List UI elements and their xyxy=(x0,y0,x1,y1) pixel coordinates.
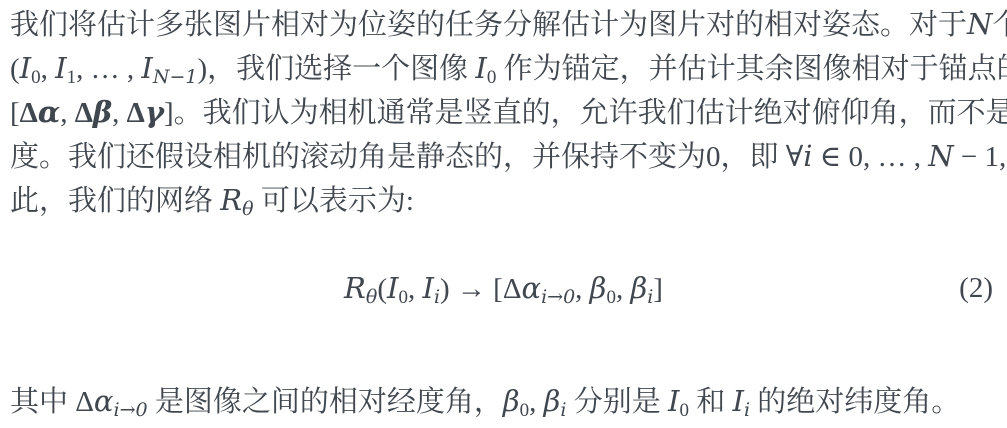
text-segment: ] xyxy=(653,273,663,305)
math-segment: 0 xyxy=(398,287,408,308)
text-segment: Δ xyxy=(75,97,93,129)
math-segment: I xyxy=(55,51,66,85)
text-segment: 此，我们的网络 xyxy=(10,185,220,217)
math-segment: I xyxy=(475,51,486,85)
text-segment: , xyxy=(616,273,631,305)
text-segment: 其中 Δ xyxy=(10,386,94,418)
text-segment: ) → [Δ xyxy=(440,273,521,305)
text-line: [Δα, Δβ, Δγ]。我们认为相机通常是竖直的，允许我们估计绝对俯仰角，而不… xyxy=(10,90,999,134)
math-segment: 0 xyxy=(679,400,689,421)
text-segment: , xyxy=(60,97,75,129)
text-line: 度。我们还假设相机的滚动角是静态的，并保持不变为0，即 ∀i ∈ 0, … , … xyxy=(10,134,999,178)
text-segment: 个NFoV图像 xyxy=(992,9,1007,41)
math-segment: N−1 xyxy=(153,66,198,88)
text-segment: , xyxy=(41,53,56,85)
text-segment: Δ xyxy=(20,97,38,129)
text-line: 其中 Δαi→0 是图像之间的相对经度角，β0, βi 分别是 I0 和 Ii … xyxy=(10,379,999,423)
text-segment: ( xyxy=(10,53,20,85)
text-segment: 的绝对纬度角。 xyxy=(750,386,960,418)
text-segment: , … , xyxy=(76,53,141,85)
math-segment: 0 xyxy=(520,400,530,421)
math-segment: α xyxy=(94,384,114,418)
equation-number: (2) xyxy=(959,266,993,310)
text-segment: 我们将估计多张图片相对为位姿的任务分解估计为图片对的相对姿态。对于 xyxy=(10,9,967,41)
text-segment: 可以表示为: xyxy=(254,185,414,217)
text-segment: ∈ 0, … , xyxy=(813,141,929,173)
math-segment: α xyxy=(38,95,60,129)
math-segment: N xyxy=(928,139,953,173)
math-segment: I xyxy=(387,271,398,305)
math-segment: 0 xyxy=(487,67,497,88)
math-segment: R xyxy=(344,271,366,305)
text-segment: Δ xyxy=(127,97,145,129)
equation-block: Rθ(I0, Ii) → [Δαi→0, β0, βi] (2) xyxy=(10,266,997,310)
math-segment: 1 xyxy=(67,67,77,88)
math-segment: I xyxy=(20,51,31,85)
math-segment: N xyxy=(967,7,992,41)
text-segment: 度。我们还假设相机的滚动角是静态的，并保持不变为0，即 ∀ xyxy=(10,141,803,173)
text-segment: 作为锚定，并估计其余图像相对于锚点的相对姿态 xyxy=(496,53,1007,85)
text-segment: [ xyxy=(10,97,20,129)
math-segment: β xyxy=(544,384,561,418)
math-segment: β xyxy=(630,271,647,305)
text-line: (I0, I1, … , IN−1)，我们选择一个图像 I0 作为锚定，并估计其… xyxy=(10,46,999,90)
text-segment: − 1, xyxy=(954,141,1007,173)
math-segment: I xyxy=(141,51,152,85)
text-segment: 和 xyxy=(689,386,733,418)
text-line: 我们将估计多张图片相对为位姿的任务分解估计为图片对的相对姿态。对于N个NFoV图… xyxy=(10,2,999,46)
text-segment: , xyxy=(112,97,127,129)
text-segment: ]。我们认为相机通常是竖直的，允许我们估计绝对俯仰角，而不是相对角 xyxy=(164,97,1007,129)
math-segment: γ xyxy=(145,95,164,129)
math-segment: i→0 xyxy=(114,399,148,421)
math-segment: β xyxy=(503,384,520,418)
document-page: 我们将估计多张图片相对为位姿的任务分解估计为图片对的相对姿态。对于N个NFoV图… xyxy=(0,0,1007,428)
text-segment: , xyxy=(408,273,423,305)
text-segment: ( xyxy=(377,273,387,305)
text-line: 此，我们的网络 Rθ 可以表示为: xyxy=(10,178,999,222)
math-segment: R xyxy=(220,183,242,217)
math-segment: β xyxy=(590,271,607,305)
text-segment: 是图像之间的相对经度角， xyxy=(148,386,503,418)
math-segment: α xyxy=(521,271,541,305)
math-segment: I xyxy=(422,271,433,305)
math-segment: β xyxy=(93,95,112,129)
math-segment: I xyxy=(668,384,679,418)
text-segment: 分别是 xyxy=(566,386,668,418)
math-segment: i→0 xyxy=(541,286,575,308)
math-segment: 0 xyxy=(606,287,616,308)
math-segment: θ xyxy=(242,198,253,220)
text-segment: , xyxy=(529,386,544,418)
paragraph-method: 我们将估计多张图片相对为位姿的任务分解估计为图片对的相对姿态。对于N个NFoV图… xyxy=(10,2,999,222)
equation-formula: Rθ(I0, Ii) → [Δαi→0, β0, βi] xyxy=(344,273,663,305)
math-segment: 0 xyxy=(31,67,41,88)
math-segment: I xyxy=(732,384,743,418)
text-segment: )，我们选择一个图像 xyxy=(197,53,475,85)
math-segment: θ xyxy=(366,286,377,308)
text-segment: , xyxy=(575,273,590,305)
paragraph-explanation: 其中 Δαi→0 是图像之间的相对经度角，β0, βi 分别是 I0 和 Ii … xyxy=(10,379,999,423)
math-segment: i xyxy=(803,139,812,173)
